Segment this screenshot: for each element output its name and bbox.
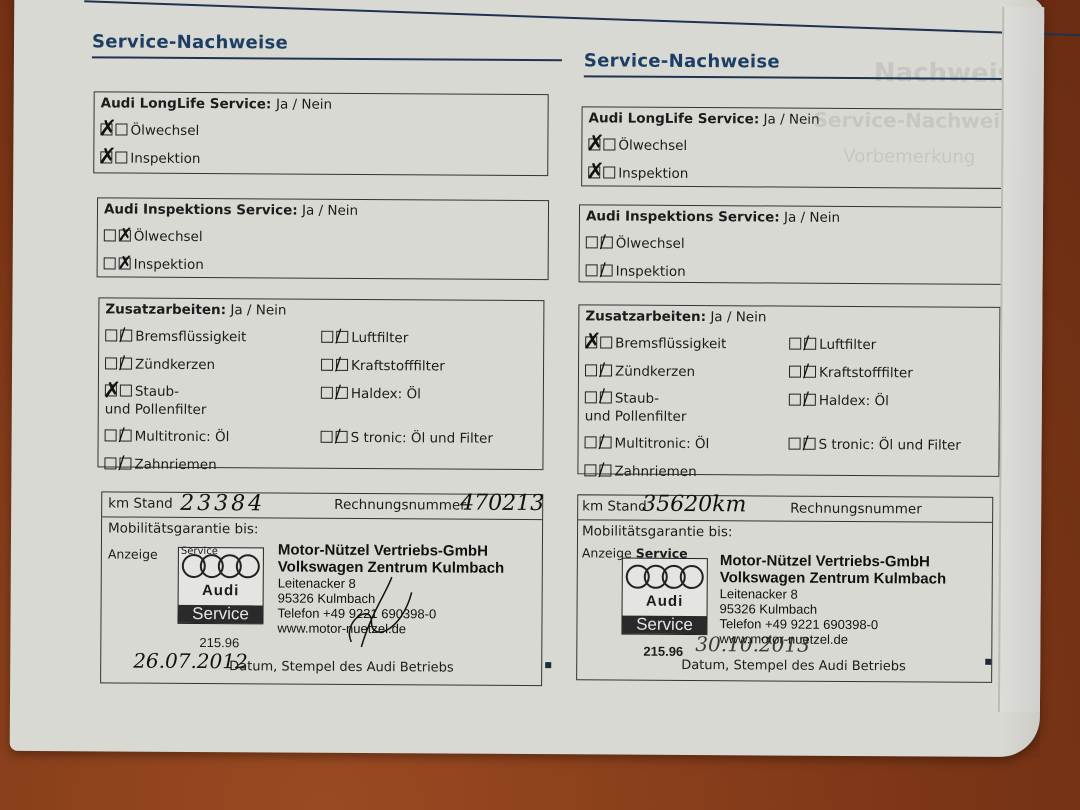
left-record: Service-Nachweise (92, 31, 562, 60)
item-label: Luftfilter (819, 337, 876, 353)
display-label: Anzeige (108, 546, 158, 561)
dealer-street: Leitenacker 8 (720, 586, 947, 602)
check-mark-icon: / (118, 453, 124, 475)
item-label: Zündkerzen (615, 364, 695, 380)
check-mark-icon: / (600, 259, 606, 281)
item-label: und Pollenfilter (105, 401, 207, 418)
stamp-box-right: km Stand 35620km Rechnungsnummer Mobilit… (576, 494, 993, 683)
check-mark-icon: / (119, 425, 125, 447)
yes-no: Ja / Nein (302, 203, 358, 219)
km-value[interactable]: 35620km (642, 492, 746, 518)
check-mark-icon: / (803, 333, 809, 355)
checkbox-row[interactable]: Haldex: Öl/ (321, 380, 537, 409)
km-row: km Stand 23384 Rechnungsnummer 470213 (102, 492, 542, 520)
checkbox-row[interactable]: Zahnriemen/ (104, 450, 320, 479)
section-rule (92, 56, 562, 60)
checkbox-row[interactable]: Kraftstofffilter/ (321, 352, 537, 381)
check-mark-icon: / (335, 326, 341, 348)
km-value[interactable]: 23384 (180, 491, 265, 517)
checkbox-ja[interactable] (789, 366, 801, 378)
checkbox-row[interactable]: Staub-und Pollenfilter/ (585, 385, 789, 430)
check-mark-icon: / (335, 382, 341, 404)
dealer-phone: Telefon +49 9221 690398-0 (719, 616, 946, 632)
check-mark-icon: ✗ (118, 252, 133, 274)
checkbox-row[interactable]: Multitronic: Öl/ (105, 422, 321, 451)
audi-rings-icon (179, 554, 263, 579)
yes-no: Ja / Nein (763, 111, 819, 127)
checkbox-row[interactable]: Luftfilter/ (321, 324, 537, 353)
item-label: Multitronic: Öl (135, 429, 230, 446)
checkbox-ja[interactable] (105, 329, 117, 341)
checkbox-ja[interactable] (105, 429, 117, 441)
signature-icon (331, 572, 421, 653)
item-label: Staub- (135, 384, 179, 400)
logo-service: Service (622, 616, 706, 635)
inspection-box-right: Audi Inspektions Service: Ja / Nein Ölwe… (579, 204, 1005, 285)
check-mark-icon: ✗ (98, 118, 117, 140)
check-mark-icon: ✗ (103, 380, 122, 402)
km-row: km Stand 35620km Rechnungsnummer (578, 495, 992, 523)
checkbox-row[interactable]: Bremsflüssigkeit/ (105, 322, 321, 351)
extra-work-box-left: Zusatzarbeiten: Ja / Nein Bremsflüssigke… (97, 297, 544, 470)
check-mark-icon: / (599, 431, 605, 453)
checkbox-ja[interactable] (321, 359, 333, 371)
longlife-box-right: Audi LongLife Service: Ja / Nein Ölwechs… (581, 106, 1009, 189)
check-mark-icon: / (599, 359, 605, 381)
box-title: Audi LongLife Service: (101, 95, 272, 112)
audi-service-logo: Audi Service (621, 558, 707, 636)
checkbox-ja[interactable] (585, 436, 597, 448)
check-mark-icon: ✗ (118, 224, 133, 246)
check-mark-icon: / (803, 389, 809, 411)
longlife-box-left: Audi LongLife Service: Ja / Nein Ölwechs… (93, 91, 548, 176)
booklet-page: 26 Nachweise Nachweise Service-Nachweise… (10, 0, 1045, 757)
checkbox-ja[interactable] (586, 264, 598, 276)
logo-service: Service (178, 605, 262, 624)
logo-word: Audi (179, 582, 263, 600)
right-record: Service-Nachweise (584, 50, 1024, 79)
section-rule (584, 75, 1009, 79)
item-label: Bremsflüssigkeit (615, 336, 726, 353)
checkbox-ja[interactable] (104, 457, 116, 469)
checkbox-row[interactable]: Ölwechsel✗ (100, 116, 541, 147)
dealer-city: 95326 Kulmbach (720, 601, 947, 617)
check-mark-icon: / (335, 426, 341, 448)
checkbox-row[interactable]: Zündkerzen/ (585, 357, 789, 386)
item-label: Ölwechsel (134, 229, 203, 245)
checkbox-row[interactable]: Ölwechsel/ (586, 229, 998, 260)
end-marker (545, 662, 551, 668)
checkbox-ja[interactable] (104, 229, 116, 241)
item-label: Staub- (615, 391, 659, 407)
checkbox-nein[interactable] (115, 123, 127, 135)
item-label: Kraftstofffilter (819, 365, 913, 382)
checkbox-row[interactable]: Inspektion✗ (100, 144, 541, 175)
yes-no: Ja / Nein (710, 309, 766, 325)
item-label: Haldex: Öl (819, 393, 889, 409)
checkbox-row[interactable]: Inspektion/ (586, 257, 998, 288)
item-label: und Pollenfilter (585, 408, 687, 425)
checkbox-row[interactable]: S tronic: Öl und Filter/ (321, 424, 537, 453)
item-label: Inspektion (616, 264, 686, 280)
check-mark-icon: ✗ (586, 161, 605, 183)
check-mark-icon: / (803, 433, 809, 455)
checkbox-ja[interactable] (321, 387, 333, 399)
checkbox-ja[interactable] (585, 391, 597, 403)
item-label: S tronic: Öl und Filter (351, 430, 493, 447)
mobility-label: Mobilitätsgarantie bis: (582, 523, 732, 540)
stamp-box-left: km Stand 23384 Rechnungsnummer 470213 Mo… (100, 491, 543, 686)
logo-word: Audi (623, 593, 707, 611)
audi-service-logo: Service Audi Service (177, 547, 263, 625)
item-label: Zahnriemen (134, 457, 216, 474)
item-label: Bremsflüssigkeit (135, 329, 246, 346)
audi-rings-icon (623, 565, 707, 590)
check-mark-icon: ✗ (98, 146, 117, 168)
checkbox-ja[interactable] (584, 464, 596, 476)
checkbox-nein[interactable] (120, 385, 132, 397)
item-label: Zahnriemen (614, 464, 696, 481)
checkbox-nein[interactable] (603, 166, 615, 178)
item-label: Haldex: Öl (351, 386, 421, 402)
section-title: Service-Nachweise (92, 31, 562, 55)
box-title: Zusatzarbeiten: (585, 308, 706, 325)
item-label: Zündkerzen (135, 357, 215, 373)
checkbox-row[interactable]: Inspektion✗ (588, 159, 1002, 190)
dealer-code: 215.96 (621, 644, 705, 660)
checkbox-row[interactable]: Inspektion✗ (104, 250, 542, 281)
checkbox-row[interactable]: Ölwechsel✗ (104, 222, 542, 253)
item-label: Ölwechsel (616, 236, 685, 252)
end-marker (985, 659, 991, 665)
box-title: Audi Inspektions Service: (586, 208, 780, 225)
extra-work-box-right: Zusatzarbeiten: Ja / Nein Bremsflüssigke… (577, 304, 1000, 477)
checkbox-ja[interactable] (586, 236, 598, 248)
item-label: Inspektion (130, 151, 200, 167)
box-title: Zusatzarbeiten: (105, 301, 226, 318)
item-label: Inspektion (134, 257, 204, 273)
check-mark-icon: / (119, 325, 125, 347)
item-label: S tronic: Öl und Filter (819, 437, 961, 454)
checkbox-ja[interactable] (321, 431, 333, 443)
check-mark-icon: / (599, 385, 605, 407)
box-title: Audi LongLife Service: (589, 110, 760, 127)
checkbox-row[interactable]: Kraftstofffilter/ (789, 359, 993, 388)
checkbox-ja[interactable] (789, 338, 801, 350)
check-mark-icon: / (335, 354, 341, 376)
invoice-value[interactable]: 470213 (460, 491, 544, 517)
checkbox-nein[interactable] (603, 138, 615, 150)
box-title: Audi Inspektions Service: (104, 201, 298, 218)
checkbox-row[interactable]: Zahnriemen/ (584, 457, 788, 486)
checkbox-row[interactable]: Luftfilter/ (789, 331, 993, 360)
check-mark-icon: ✗ (583, 331, 602, 353)
check-mark-icon: / (803, 361, 809, 383)
item-label: Ölwechsel (130, 123, 199, 139)
checkbox-row[interactable]: S tronic: Öl und Filter/ (788, 431, 992, 460)
invoice-label: Rechnungsnummer (334, 497, 466, 514)
check-mark-icon: / (600, 231, 606, 253)
check-mark-icon: ✗ (586, 133, 605, 155)
stamp-footer: Datum, Stempel des Audi Betriebs (681, 658, 906, 674)
checkbox-ja[interactable] (321, 331, 333, 343)
yes-no: Ja / Nein (230, 302, 286, 318)
invoice-label: Rechnungsnummer (790, 501, 922, 518)
yes-no: Ja / Nein (784, 210, 840, 226)
checkbox-row[interactable]: Ölwechsel✗ (588, 131, 1002, 162)
checkbox-ja[interactable] (789, 438, 801, 450)
item-label: Kraftstofffilter (351, 358, 445, 375)
service-date[interactable]: 30.10.2013 (695, 632, 810, 657)
inspection-box-left: Audi Inspektions Service: Ja / Nein Ölwe… (97, 197, 549, 280)
item-label: Multitronic: Öl (615, 436, 710, 453)
dealer-center: Volkswagen Zentrum Kulmbach (720, 569, 947, 587)
checkbox-nein[interactable] (115, 151, 127, 163)
stamp-footer: Datum, Stempel des Audi Betriebs (229, 659, 454, 675)
checkbox-ja[interactable] (104, 257, 116, 269)
checkbox-row[interactable]: Multitronic: Öl/ (584, 429, 788, 458)
checkbox-row[interactable]: Bremsflüssigkeit✗ (585, 329, 789, 358)
checkbox-ja[interactable] (105, 357, 117, 369)
item-label: Luftfilter (351, 330, 408, 346)
checkbox-ja[interactable] (585, 364, 597, 376)
check-mark-icon: / (119, 353, 125, 375)
km-label: km Stand (582, 498, 647, 514)
mobility-label: Mobilitätsgarantie bis: (108, 520, 258, 537)
checkbox-row[interactable]: Staub-und Pollenfilter✗ (105, 378, 321, 423)
next-page-edge (998, 7, 1044, 712)
km-label: km Stand (108, 495, 173, 511)
yes-no: Ja / Nein (276, 96, 332, 112)
checkbox-row[interactable]: Zündkerzen/ (105, 350, 321, 379)
section-title: Service-Nachweise (584, 50, 1024, 74)
dealer-name: Motor-Nützel Vertriebs-GmbH (278, 541, 505, 559)
dealer-name: Motor-Nützel Vertriebs-GmbH (720, 552, 947, 570)
checkbox-nein[interactable] (600, 336, 612, 348)
checkbox-row[interactable]: Haldex: Öl/ (789, 387, 993, 416)
header-rule (84, 0, 1080, 36)
item-label: Inspektion (618, 166, 688, 182)
check-mark-icon: / (598, 459, 604, 481)
item-label: Ölwechsel (618, 138, 687, 154)
display-value: Service (181, 546, 218, 557)
checkbox-ja[interactable] (789, 394, 801, 406)
